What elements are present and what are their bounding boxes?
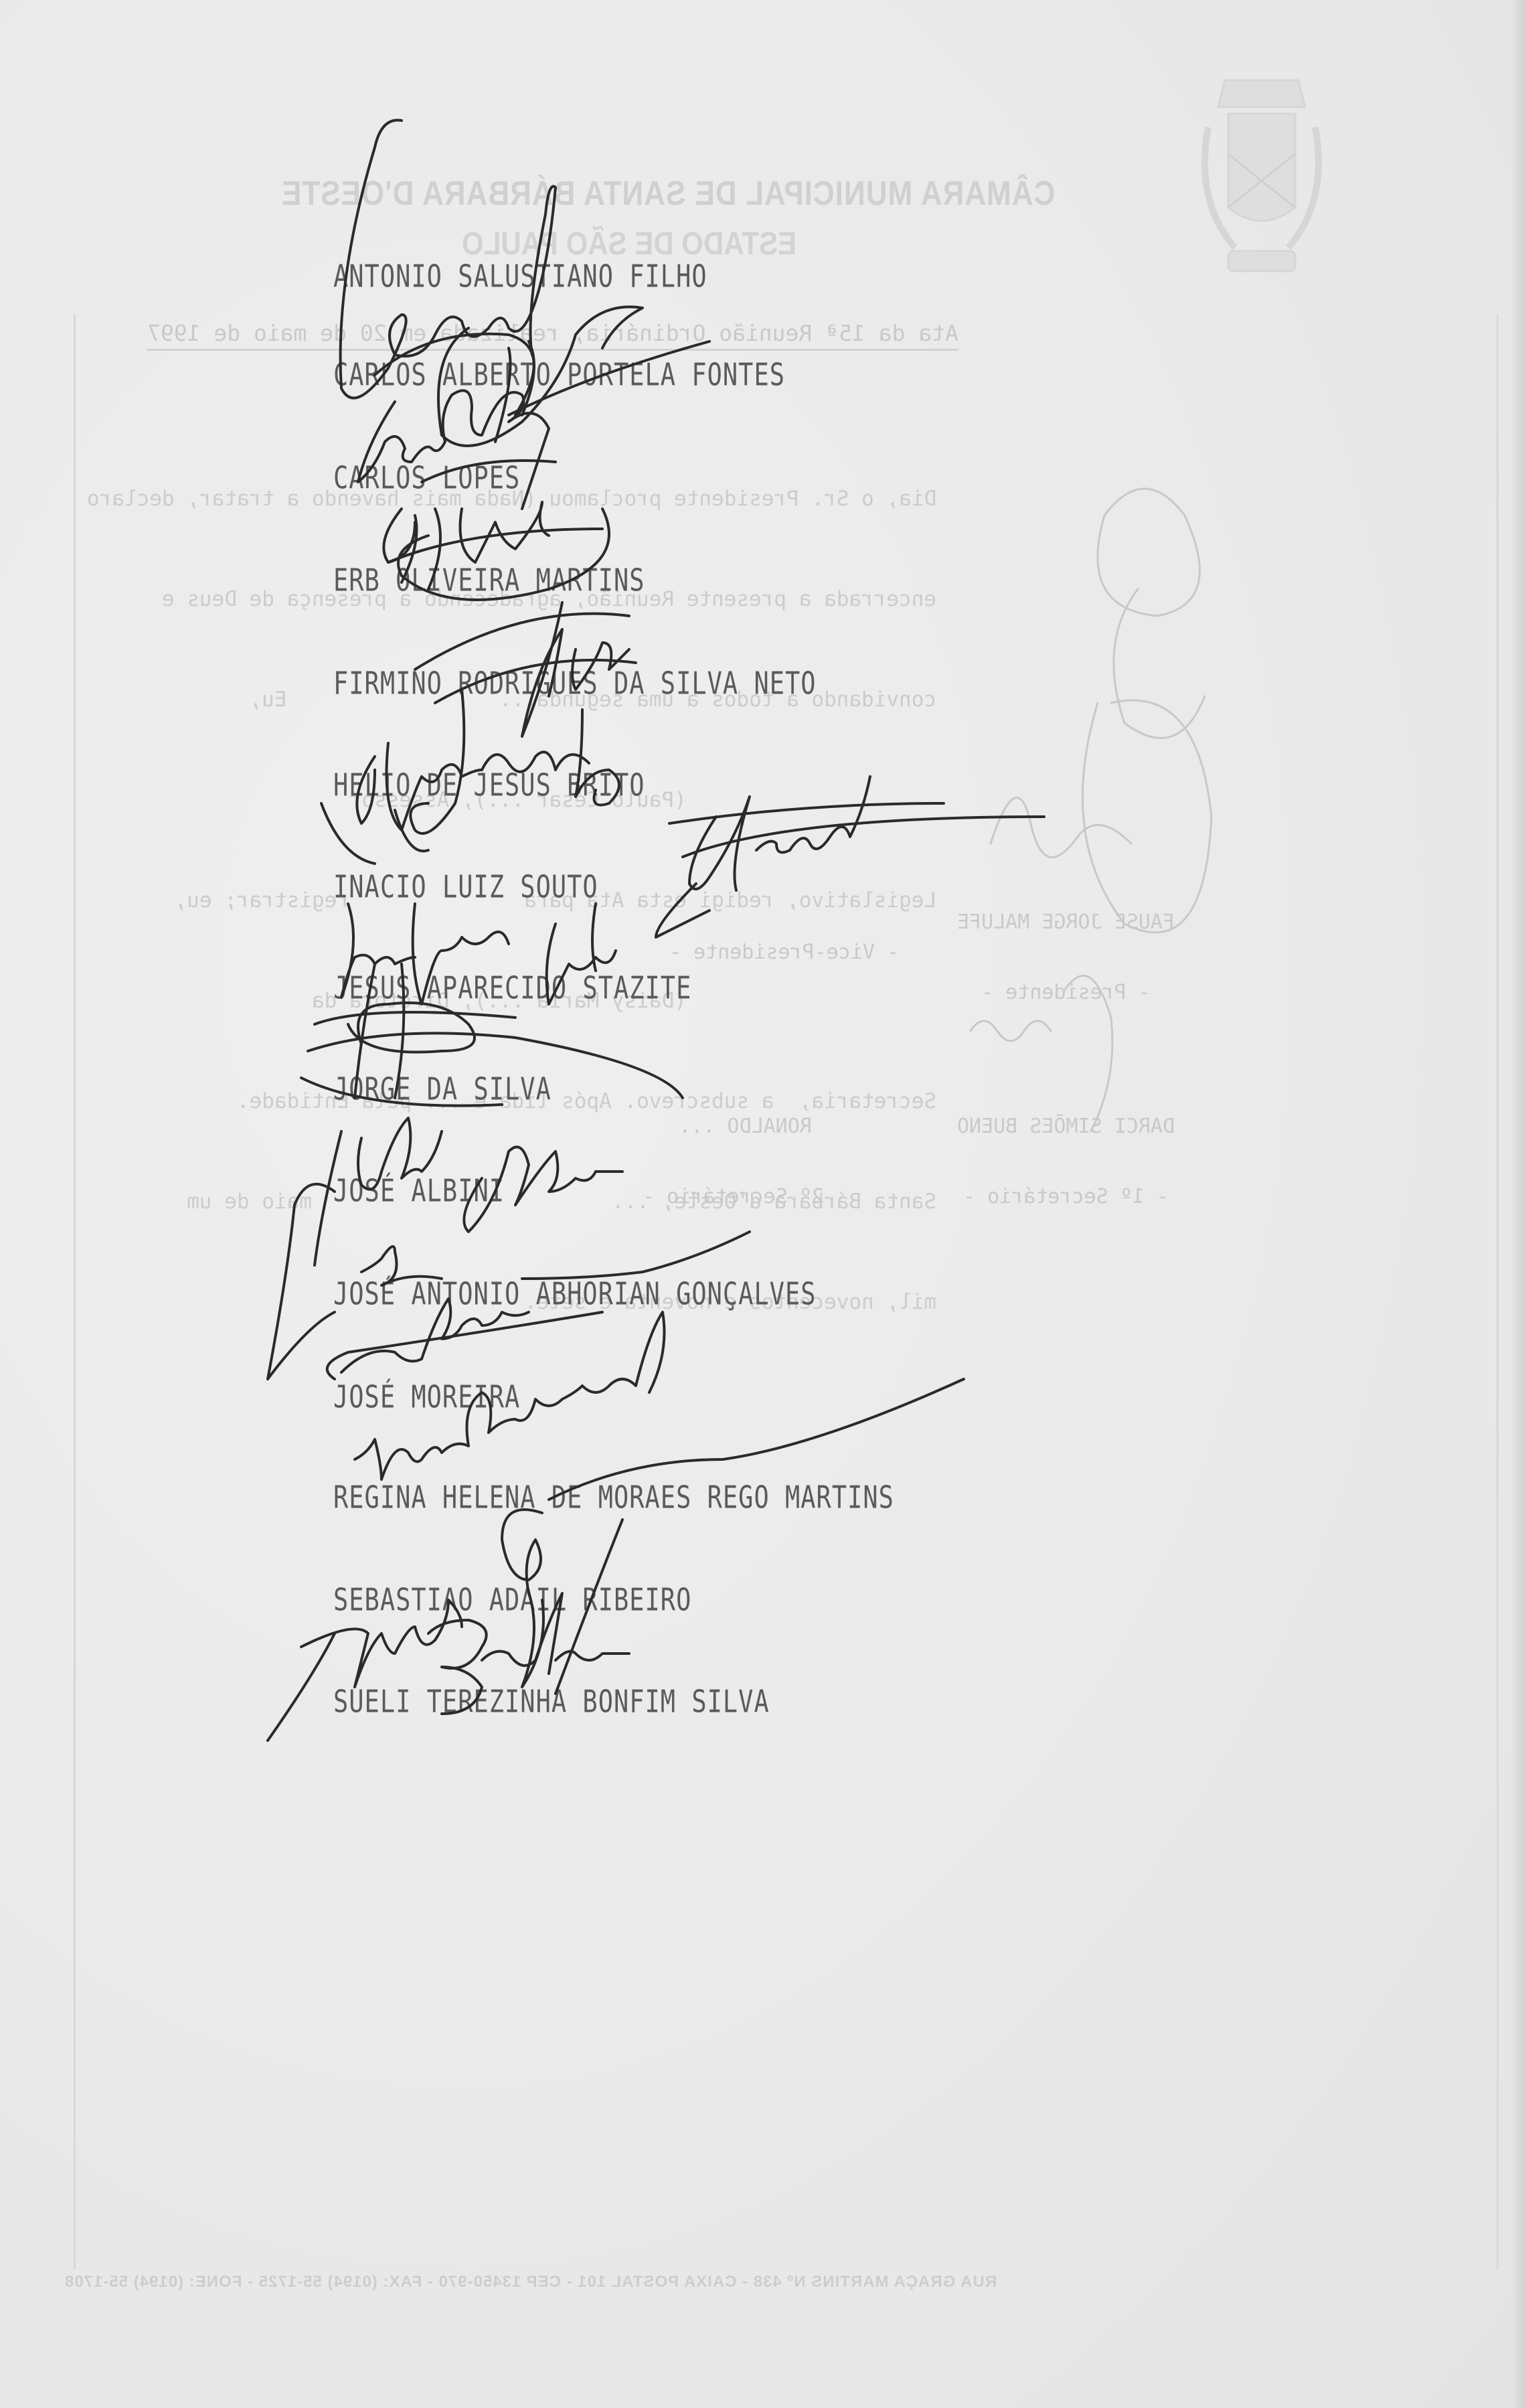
signatory-name: JOSÉ MOREIRA <box>333 1379 520 1415</box>
bleed-signature-block-president: FAUSE JORGE MALUFE - Presidente - <box>957 864 1175 1051</box>
signatory-name: INACIO LUIZ SOUTO <box>333 869 598 905</box>
signatory-name: HELIO DE JESUS BRITO <box>333 767 645 803</box>
bleed-signature-block-second-secretary: RONALDO ... - 2º Secretário - <box>643 1068 848 1255</box>
signatory-name: JOSÉ ALBINI <box>333 1173 505 1209</box>
signature-stroke <box>268 1633 335 1741</box>
bleed-through-address-footer: RUA GRAÇA MARTINS Nº 438 - CAIXA POSTAL … <box>64 2273 997 2292</box>
signatory-name: ERB OLIVEIRA MARTINS <box>333 562 645 598</box>
bleed-through-subheader: ESTADO DE SÃO PAULO <box>462 225 796 262</box>
signatory-name: SUELI TEREZINHA BONFIM SILVA <box>333 1684 770 1720</box>
signatory-name: SEBASTIAO ADAIL RIBEIRO <box>333 1582 691 1618</box>
signatory-name: CARLOS ALBERTO PORTELA FONTES <box>333 357 785 393</box>
signatory-name: JORGE DA SILVA <box>333 1071 552 1107</box>
page-edge-shadow <box>1511 0 1526 2408</box>
bleed-through-header: CÂMARA MUNICIPAL DE SANTA BÁRBARA D'OEST… <box>281 175 1055 214</box>
signatory-name: JOSÉ ANTONIO ABHORIAN GONÇALVES <box>333 1276 817 1312</box>
right-margin-rule <box>1497 315 1499 2269</box>
signatory-name: FIRMINO RODRIGUES DA SILVA NETO <box>333 665 817 702</box>
signatory-name: REGINA HELENA DE MORAES REGO MARTINS <box>333 1479 894 1516</box>
signatory-name: ANTONIO SALUSTIANO FILHO <box>333 258 707 295</box>
municipal-crest-icon <box>1188 67 1335 281</box>
signatory-name: CARLOS LOPES <box>333 460 520 496</box>
left-margin-rule <box>74 315 76 2269</box>
signatory-name: JESUS APARECIDO STAZITE <box>333 970 691 1006</box>
document-page: CÂMARA MUNICIPAL DE SANTA BÁRBARA D'OEST… <box>0 0 1526 2408</box>
bleed-through-title: Ata da 15ª Reunião Ordinária, realizada … <box>147 320 958 351</box>
bleed-signature-block-vice: - Vice-Presidente - <box>669 894 899 1011</box>
bleed-signature-block-first-secretary: DARCI SIMÕES BUENO - 1º Secretário - <box>957 1068 1175 1255</box>
